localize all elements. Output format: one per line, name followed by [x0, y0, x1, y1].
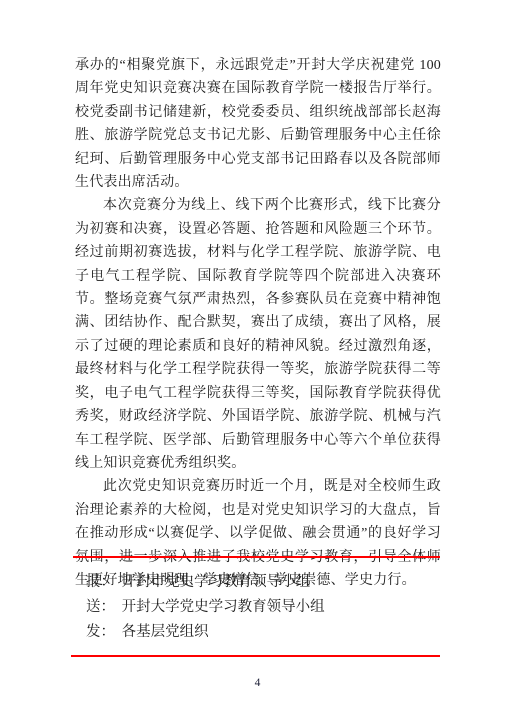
distribution-value: 开封市党史学习教育领导小组 — [122, 570, 311, 595]
top-red-rule — [73, 556, 440, 558]
distribution-label: 报： — [86, 570, 115, 595]
distribution-row-send: 送： 开封大学党史学习教育领导小组 — [86, 595, 446, 620]
page-number: 4 — [0, 677, 515, 689]
distribution-label: 发： — [86, 620, 115, 645]
distribution-value: 各基层党组织 — [122, 620, 209, 645]
distribution-row-issue: 发： 各基层党组织 — [86, 620, 446, 645]
distribution-row-report: 报： 开封市党史学习教育领导小组 — [86, 570, 446, 595]
distribution-label: 送： — [86, 595, 115, 620]
document-body: 承办的“相聚党旗下，永远跟党走”开封大学庆祝建党 100 周年党史知识竞赛决赛在… — [75, 54, 441, 592]
bottom-red-rule — [71, 655, 440, 657]
distribution-list: 报： 开封市党史学习教育领导小组 送： 开封大学党史学习教育领导小组 发： 各基… — [86, 570, 446, 645]
paragraph-continuation: 承办的“相聚党旗下，永远跟党走”开封大学庆祝建党 100 周年党史知识竞赛决赛在… — [75, 54, 441, 194]
distribution-value: 开封大学党史学习教育领导小组 — [122, 595, 325, 620]
document-page: 承办的“相聚党旗下，永远跟党走”开封大学庆祝建党 100 周年党史知识竞赛决赛在… — [0, 0, 515, 725]
paragraph-competition-results: 本次竞赛分为线上、线下两个比赛形式，线下比赛分为初赛和决赛，设置必答题、抢答题和… — [75, 194, 441, 475]
